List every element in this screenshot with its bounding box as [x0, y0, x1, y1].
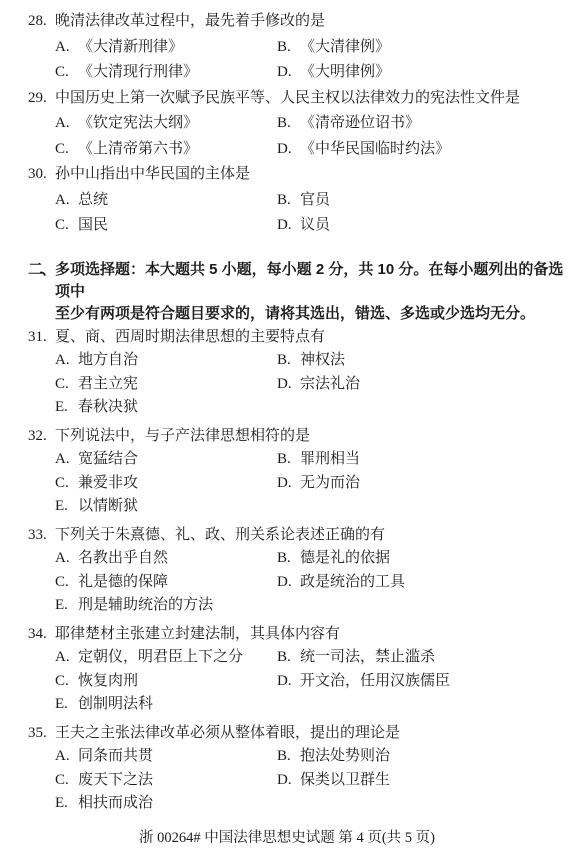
question-number: 28. — [28, 9, 55, 35]
option-c: C. 废天下之法 — [55, 769, 277, 793]
option-a: A. 名教出乎自然 — [55, 547, 277, 571]
question-number: 31. — [28, 326, 55, 350]
option-label: C. — [55, 60, 78, 86]
option-label: A. — [55, 349, 78, 373]
option-text: 国民 — [78, 213, 108, 239]
option-a: A. 同条而共贯 — [55, 745, 277, 769]
option-label: A. — [55, 111, 78, 137]
option-label: B. — [277, 349, 300, 373]
option-label: B. — [277, 646, 300, 670]
option-text: 名教出乎自然 — [78, 547, 168, 571]
question-stem: 孙中山指出中华民国的主体是 — [55, 162, 566, 188]
option-label: D. — [277, 137, 300, 163]
option-label: A. — [55, 745, 78, 769]
option-label: D. — [277, 571, 300, 595]
option-text: 地方自治 — [78, 349, 138, 373]
option-text: 《钦定宪法大纲》 — [78, 111, 198, 137]
option-text: 定朝仪，明君臣上下之分 — [78, 646, 243, 670]
option-label: E. — [55, 396, 78, 420]
page-footer: 浙 00264# 中国法律思想史试题 第 4 页(共 5 页) — [0, 826, 574, 847]
question-stem: 耶律楚材主张建立封建法制，其具体内容有 — [55, 623, 566, 647]
option-b: B. 德是礼的依据 — [277, 547, 566, 571]
option-label: E. — [55, 792, 78, 816]
option-e: E. 刑是辅助统治的方法 — [55, 594, 277, 618]
option-b: B. 统一司法，禁止滥杀 — [277, 646, 566, 670]
question-stem: 下列关于朱熹德、礼、政、刑关系论表述正确的有 — [55, 524, 566, 548]
option-text: 君主立宪 — [78, 373, 138, 397]
option-c: C. 君主立宪 — [55, 373, 277, 397]
option-label: C. — [55, 137, 78, 163]
option-text: 刑是辅助统治的方法 — [78, 594, 213, 618]
section-instructions-line1: 多项选择题：本大题共 5 小题，每小题 2 分，共 10 分。在每小题列出的备选… — [55, 259, 566, 303]
option-text: 政是统治的工具 — [300, 571, 405, 595]
question-29: 29. 中国历史上第一次赋予民族平等、人民主权以法律效力的宪法性文件是 A. 《… — [28, 86, 566, 163]
option-text: 《大清律例》 — [300, 35, 390, 61]
question-number: 30. — [28, 162, 55, 188]
exam-page: 28. 晚清法律改革过程中，最先着手修改的是 A. 《大清新刑律》 B. 《大清… — [0, 0, 574, 865]
question-stem: 王夫之主张法律改革必须从整体着眼，提出的理论是 — [55, 722, 566, 746]
option-a: A. 地方自治 — [55, 349, 277, 373]
option-text: 相扶而成治 — [78, 792, 153, 816]
option-text: 创制明法科 — [78, 693, 153, 717]
option-text: 《清帝逊位诏书》 — [300, 111, 420, 137]
option-a: A. 宽猛结合 — [55, 448, 277, 472]
section-instructions-line2: 至少有两项是符合题目要求的，请将其选出，错选、多选或少选均无分。 — [55, 303, 566, 325]
option-b: B. 《大清律例》 — [277, 35, 566, 61]
option-text: 以情断狱 — [78, 495, 138, 519]
option-a: A. 《钦定宪法大纲》 — [55, 111, 277, 137]
option-c: C. 《大清现行刑律》 — [55, 60, 277, 86]
question-stem: 晚清法律改革过程中，最先着手修改的是 — [55, 9, 566, 35]
option-text: 无为而治 — [300, 472, 360, 496]
question-stem: 下列说法中，与子产法律思想相符的是 — [55, 425, 566, 449]
option-c: C. 礼是德的保障 — [55, 571, 277, 595]
option-d: D. 保类以卫群生 — [277, 769, 566, 793]
multi-choice-section: 31. 夏、商、西周时期法律思想的主要特点有 A. 地方自治 B. 神权法 C.… — [28, 326, 566, 816]
option-b: B. 《清帝逊位诏书》 — [277, 111, 566, 137]
option-label: A. — [55, 35, 78, 61]
option-text: 废天下之法 — [78, 769, 153, 793]
option-text: 议员 — [300, 213, 330, 239]
question-number: 29. — [28, 86, 55, 112]
question-35: 35. 王夫之主张法律改革必须从整体着眼，提出的理论是 A. 同条而共贯 B. … — [28, 722, 566, 816]
option-label: A. — [55, 547, 78, 571]
option-text: 《大清现行刑律》 — [78, 60, 198, 86]
option-label: E. — [55, 495, 78, 519]
option-d: D. 无为而治 — [277, 472, 566, 496]
option-c: C. 恢复肉刑 — [55, 670, 277, 694]
option-text: 开文治，任用汉族儒臣 — [300, 670, 450, 694]
option-a: A. 定朝仪，明君臣上下之分 — [55, 646, 277, 670]
option-text: 同条而共贯 — [78, 745, 153, 769]
option-label: A. — [55, 448, 78, 472]
option-b: B. 罪刑相当 — [277, 448, 566, 472]
option-label: B. — [277, 547, 300, 571]
option-a: A. 《大清新刑律》 — [55, 35, 277, 61]
option-text: 统一司法，禁止滥杀 — [300, 646, 435, 670]
question-31: 31. 夏、商、西周时期法律思想的主要特点有 A. 地方自治 B. 神权法 C.… — [28, 326, 566, 420]
question-28: 28. 晚清法律改革过程中，最先着手修改的是 A. 《大清新刑律》 B. 《大清… — [28, 9, 566, 86]
option-label: A. — [55, 646, 78, 670]
question-34: 34. 耶律楚材主张建立封建法制，其具体内容有 A. 定朝仪，明君臣上下之分 B… — [28, 623, 566, 717]
option-label: B. — [277, 35, 300, 61]
option-d: D. 《大明律例》 — [277, 60, 566, 86]
option-label: D. — [277, 670, 300, 694]
option-e: E. 相扶而成治 — [55, 792, 277, 816]
option-label: D. — [277, 373, 300, 397]
option-label: C. — [55, 769, 78, 793]
option-text: 抱法处势则治 — [300, 745, 390, 769]
section-2-heading: 二、 多项选择题：本大题共 5 小题，每小题 2 分，共 10 分。在每小题列出… — [28, 259, 566, 325]
option-d: D. 《中华民国临时约法》 — [277, 137, 566, 163]
option-c: C. 兼爱非攻 — [55, 472, 277, 496]
option-label: C. — [55, 670, 78, 694]
option-label: D. — [277, 213, 300, 239]
option-label: C. — [55, 373, 78, 397]
option-text: 春秋决狱 — [78, 396, 138, 420]
option-label: B. — [277, 188, 300, 214]
option-text: 礼是德的保障 — [78, 571, 168, 595]
question-number: 35. — [28, 722, 55, 746]
question-stem: 中国历史上第一次赋予民族平等、人民主权以法律效力的宪法性文件是 — [55, 86, 566, 112]
question-32: 32. 下列说法中，与子产法律思想相符的是 A. 宽猛结合 B. 罪刑相当 C.… — [28, 425, 566, 519]
option-label: D. — [277, 472, 300, 496]
section-number: 二、 — [28, 259, 55, 325]
option-a: A. 总统 — [55, 188, 277, 214]
option-text: 德是礼的依据 — [300, 547, 390, 571]
option-label: C. — [55, 571, 78, 595]
option-c: C. 国民 — [55, 213, 277, 239]
option-label: D. — [277, 60, 300, 86]
option-d: D. 开文治，任用汉族儒臣 — [277, 670, 566, 694]
option-label: B. — [277, 448, 300, 472]
option-text: 官员 — [300, 188, 330, 214]
option-text: 《上清帝第六书》 — [78, 137, 198, 163]
option-label: B. — [277, 111, 300, 137]
option-label: D. — [277, 769, 300, 793]
option-label: B. — [277, 745, 300, 769]
question-33: 33. 下列关于朱熹德、礼、政、刑关系论表述正确的有 A. 名教出乎自然 B. … — [28, 524, 566, 618]
option-b: B. 抱法处势则治 — [277, 745, 566, 769]
option-c: C. 《上清帝第六书》 — [55, 137, 277, 163]
option-text: 宽猛结合 — [78, 448, 138, 472]
option-d: D. 议员 — [277, 213, 566, 239]
question-30: 30. 孙中山指出中华民国的主体是 A. 总统 B. 官员 C. 国民 D. — [28, 162, 566, 239]
option-text: 总统 — [78, 188, 108, 214]
option-text: 罪刑相当 — [300, 448, 360, 472]
option-label: C. — [55, 213, 78, 239]
section-instructions: 多项选择题：本大题共 5 小题，每小题 2 分，共 10 分。在每小题列出的备选… — [55, 259, 566, 325]
option-d: D. 政是统治的工具 — [277, 571, 566, 595]
question-number: 34. — [28, 623, 55, 647]
option-e: E. 春秋决狱 — [55, 396, 277, 420]
option-text: 兼爱非攻 — [78, 472, 138, 496]
option-text: 神权法 — [300, 349, 345, 373]
option-label: E. — [55, 594, 78, 618]
option-text: 《中华民国临时约法》 — [300, 137, 450, 163]
option-text: 《大清新刑律》 — [78, 35, 183, 61]
option-d: D. 宗法礼治 — [277, 373, 566, 397]
option-b: B. 官员 — [277, 188, 566, 214]
option-e: E. 创制明法科 — [55, 693, 277, 717]
option-text: 《大明律例》 — [300, 60, 390, 86]
option-text: 恢复肉刑 — [78, 670, 138, 694]
question-number: 32. — [28, 425, 55, 449]
option-label: A. — [55, 188, 78, 214]
option-b: B. 神权法 — [277, 349, 566, 373]
question-number: 33. — [28, 524, 55, 548]
question-stem: 夏、商、西周时期法律思想的主要特点有 — [55, 326, 566, 350]
option-label: C. — [55, 472, 78, 496]
option-text: 宗法礼治 — [300, 373, 360, 397]
single-choice-section: 28. 晚清法律改革过程中，最先着手修改的是 A. 《大清新刑律》 B. 《大清… — [28, 9, 566, 239]
option-e: E. 以情断狱 — [55, 495, 277, 519]
option-label: E. — [55, 693, 78, 717]
option-text: 保类以卫群生 — [300, 769, 390, 793]
